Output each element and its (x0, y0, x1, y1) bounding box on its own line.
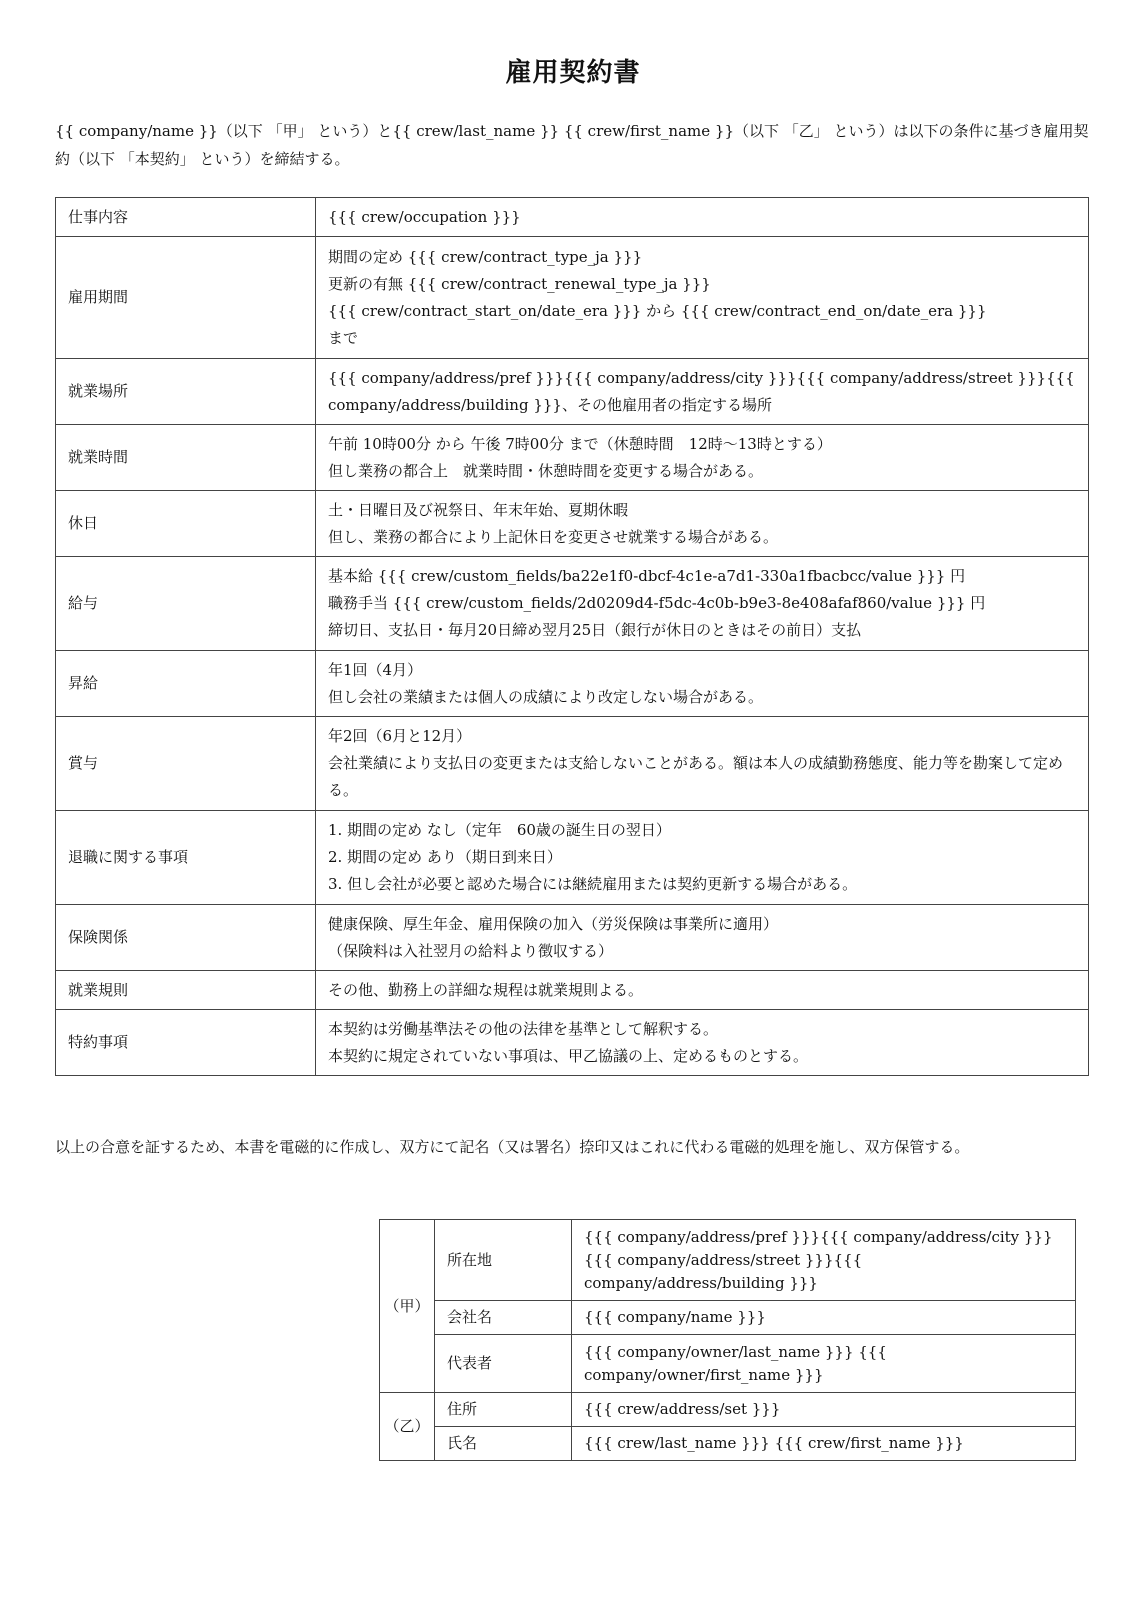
term-line: 但し会社の業績または個人の成績により改定しない場合がある。 (328, 684, 1076, 711)
signature-field-label: 所在地 (435, 1220, 572, 1301)
term-line: 但し、業務の都合により上記休日を変更させ就業する場合がある。 (328, 524, 1076, 551)
terms-row-salary: 給与 基本給 {{{ crew/custom_fields/ba22e1f0-d… (56, 557, 1089, 651)
term-line: {{{ crew/occupation }}} (328, 204, 1076, 231)
term-line: 本契約は労働基準法その他の法律を基準として解釈する。 (328, 1016, 1076, 1043)
terms-row-working-hours: 就業時間 午前 10時00分 から 午後 7時00分 まで（休憩時間 12時～1… (56, 425, 1089, 491)
signature-row: 氏名 {{{ crew/last_name }}} {{{ crew/first… (380, 1427, 1076, 1461)
term-label: 就業場所 (56, 359, 316, 425)
term-value: 年1回（4月） 但し会社の業績または個人の成績により改定しない場合がある。 (316, 651, 1089, 717)
terms-row-special-provisions: 特約事項 本契約は労働基準法その他の法律を基準として解釈する。 本契約に規定され… (56, 1010, 1089, 1076)
term-value: 基本給 {{{ crew/custom_fields/ba22e1f0-dbcf… (316, 557, 1089, 651)
term-label: 給与 (56, 557, 316, 651)
terms-row-retirement: 退職に関する事項 1. 期間の定め なし（定年 60歳の誕生日の翌日） 2. 期… (56, 811, 1089, 905)
signature-field-label: 住所 (435, 1393, 572, 1427)
term-line: {{{ company/address/pref }}}{{{ company/… (328, 365, 1076, 419)
term-value: その他、勤務上の詳細な規程は就業規則よる。 (316, 971, 1089, 1010)
term-line: 土・日曜日及び祝祭日、年末年始、夏期休暇 (328, 497, 1076, 524)
terms-row-workplace: 就業場所 {{{ company/address/pref }}}{{{ com… (56, 359, 1089, 425)
term-label: 賞与 (56, 717, 316, 811)
term-label: 特約事項 (56, 1010, 316, 1076)
terms-table: 仕事内容 {{{ crew/occupation }}} 雇用期間 期間の定め … (55, 197, 1089, 1076)
term-value: 午前 10時00分 から 午後 7時00分 まで（休憩時間 12時～13時とする… (316, 425, 1089, 491)
term-value: 年2回（6月と12月） 会社業績により支払日の変更または支給しないことがある。額… (316, 717, 1089, 811)
term-value: {{{ company/address/pref }}}{{{ company/… (316, 359, 1089, 425)
term-value: 本契約は労働基準法その他の法律を基準として解釈する。 本契約に規定されていない事… (316, 1010, 1089, 1076)
term-line: 年1回（4月） (328, 657, 1076, 684)
term-line: 本契約に規定されていない事項は、甲乙協議の上、定めるものとする。 (328, 1043, 1076, 1070)
term-line: 2. 期間の定め あり（期日到来日） (328, 844, 1076, 871)
terms-row-insurance: 保険関係 健康保険、厚生年金、雇用保険の加入（労災保険は事業所に適用） （保険料… (56, 905, 1089, 971)
term-label: 仕事内容 (56, 198, 316, 237)
term-value: 期間の定め {{{ crew/contract_type_ja }}} 更新の有… (316, 237, 1089, 359)
signature-row: （乙） 住所 {{{ crew/address/set }}} (380, 1393, 1076, 1427)
terms-row-occupation: 仕事内容 {{{ crew/occupation }}} (56, 198, 1089, 237)
terms-row-holidays: 休日 土・日曜日及び祝祭日、年末年始、夏期休暇 但し、業務の都合により上記休日を… (56, 491, 1089, 557)
term-line: 午前 10時00分 から 午後 7時00分 まで（休憩時間 12時～13時とする… (328, 431, 1076, 458)
signature-field-label: 代表者 (435, 1335, 572, 1393)
term-label: 就業時間 (56, 425, 316, 491)
term-line: まで (328, 325, 1076, 352)
term-line: 基本給 {{{ crew/custom_fields/ba22e1f0-dbcf… (328, 563, 1076, 590)
term-value: 健康保険、厚生年金、雇用保険の加入（労災保険は事業所に適用） （保険料は入社翌月… (316, 905, 1089, 971)
term-line: {{{ crew/contract_start_on/date_era }}} … (328, 298, 1076, 325)
term-line: 年2回（6月と12月） (328, 723, 1076, 750)
term-line: （保険料は入社翌月の給料より徴収する） (328, 938, 1076, 965)
closing-paragraph: 以上の合意を証するため、本書を電磁的に作成し、双方にて記名（又は署名）捺印又はこ… (55, 1132, 1095, 1162)
term-line: 職務手当 {{{ crew/custom_fields/2d0209d4-f5d… (328, 590, 1076, 617)
term-label: 雇用期間 (56, 237, 316, 359)
term-line: その他、勤務上の詳細な規程は就業規則よる。 (328, 977, 1076, 1004)
signature-row: 代表者 {{{ company/owner/last_name }}} {{{ … (380, 1335, 1076, 1393)
intro-paragraph: {{ company/name }}（以下 「甲」 という）と{{ crew/l… (55, 117, 1095, 173)
term-line: 会社業績により支払日の変更または支給しないことがある。額は本人の成績勤務態度、能… (328, 750, 1076, 804)
signature-field-label: 会社名 (435, 1301, 572, 1335)
terms-row-bonus: 賞与 年2回（6月と12月） 会社業績により支払日の変更または支給しないことがあ… (56, 717, 1089, 811)
term-label: 休日 (56, 491, 316, 557)
signature-row: （甲） 所在地 {{{ company/address/pref }}}{{{ … (380, 1220, 1076, 1301)
terms-row-work-rules: 就業規則 その他、勤務上の詳細な規程は就業規則よる。 (56, 971, 1089, 1010)
document-title: 雇用契約書 (0, 52, 1146, 89)
term-line: 3. 但し会社が必要と認めた場合には継続雇用または契約更新する場合がある。 (328, 871, 1076, 898)
term-line: 但し業務の都合上 就業時間・休憩時間を変更する場合がある。 (328, 458, 1076, 485)
term-label: 保険関係 (56, 905, 316, 971)
term-label: 就業規則 (56, 971, 316, 1010)
terms-row-raise: 昇給 年1回（4月） 但し会社の業績または個人の成績により改定しない場合がある。 (56, 651, 1089, 717)
term-value: 1. 期間の定め なし（定年 60歳の誕生日の翌日） 2. 期間の定め あり（期… (316, 811, 1089, 905)
signature-field-label: 氏名 (435, 1427, 572, 1461)
terms-row-employment-period: 雇用期間 期間の定め {{{ crew/contract_type_ja }}}… (56, 237, 1089, 359)
term-value: 土・日曜日及び祝祭日、年末年始、夏期休暇 但し、業務の都合により上記休日を変更さ… (316, 491, 1089, 557)
signature-field-value: {{{ company/name }}} (572, 1301, 1076, 1335)
term-line: 1. 期間の定め なし（定年 60歳の誕生日の翌日） (328, 817, 1076, 844)
term-line: 期間の定め {{{ crew/contract_type_ja }}} (328, 244, 1076, 271)
term-line: 更新の有無 {{{ crew/contract_renewal_type_ja … (328, 271, 1076, 298)
term-line: 健康保険、厚生年金、雇用保険の加入（労災保険は事業所に適用） (328, 911, 1076, 938)
party-a-label: （甲） (380, 1220, 435, 1393)
term-value: {{{ crew/occupation }}} (316, 198, 1089, 237)
term-line: 締切日、支払日・毎月20日締め翌月25日（銀行が休日のときはその前日）支払 (328, 617, 1076, 644)
term-label: 昇給 (56, 651, 316, 717)
signature-table: （甲） 所在地 {{{ company/address/pref }}}{{{ … (379, 1219, 1076, 1461)
signature-row: 会社名 {{{ company/name }}} (380, 1301, 1076, 1335)
party-b-label: （乙） (380, 1393, 435, 1461)
term-label: 退職に関する事項 (56, 811, 316, 905)
signature-field-value: {{{ crew/address/set }}} (572, 1393, 1076, 1427)
signature-field-value: {{{ company/owner/last_name }}} {{{ comp… (572, 1335, 1076, 1393)
signature-field-value: {{{ company/address/pref }}}{{{ company/… (572, 1220, 1076, 1301)
signature-field-value: {{{ crew/last_name }}} {{{ crew/first_na… (572, 1427, 1076, 1461)
